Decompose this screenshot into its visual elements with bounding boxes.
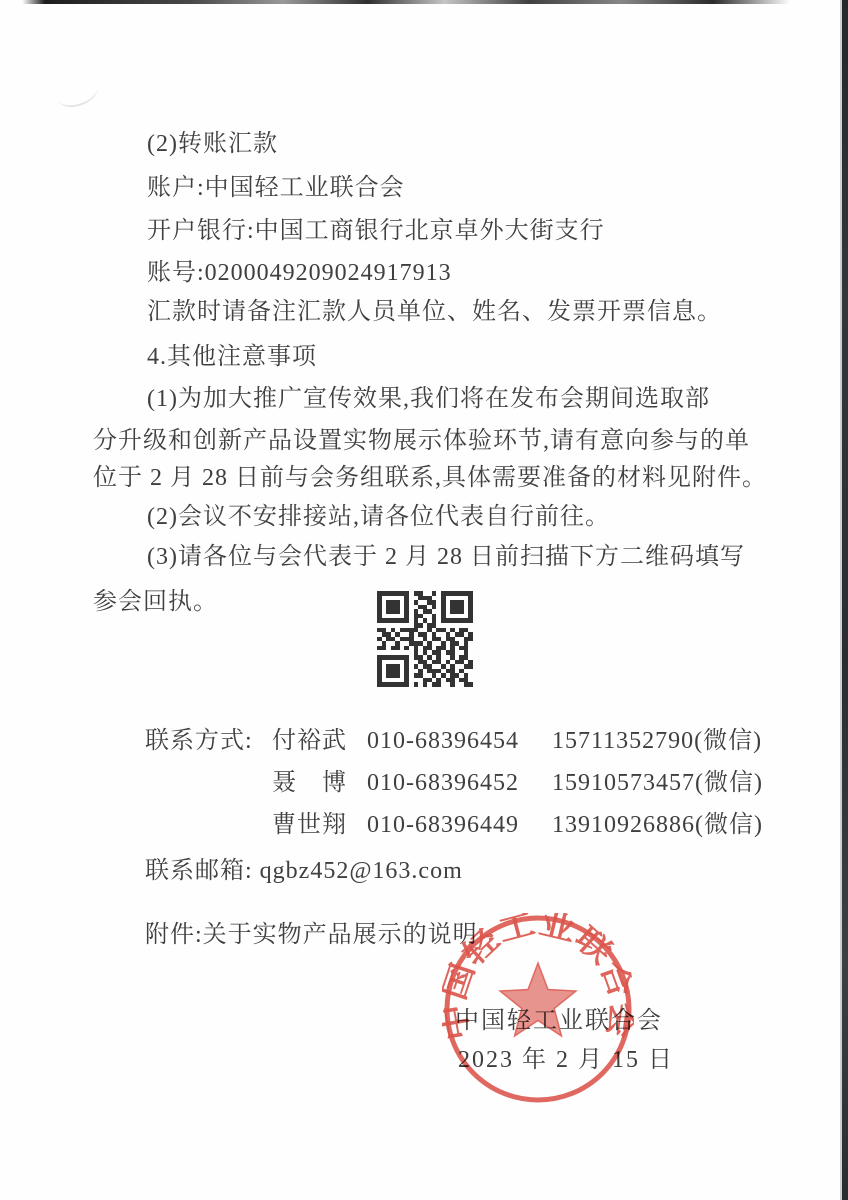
body-line-account-number: 账号:0200049209024917913: [93, 258, 848, 288]
body-line-transfer-heading: (2)转账汇款: [93, 129, 848, 159]
contact-list: 付裕武 010-68396454 15711352790(微信) 聂 博 010…: [272, 720, 763, 846]
body-line-note3-a: (3)请各位与会代表于 2 月 28 日前扫描下方二维码填写: [93, 542, 848, 572]
contact-phone: 010-68396452: [367, 770, 519, 796]
email-label: 联系邮箱:: [145, 858, 253, 884]
official-stamp-graphic: 中国轻工业联合会: [442, 913, 634, 1105]
qr-module: [468, 682, 473, 687]
body-line-remit-note: 汇款时请备注汇款人员单位、姓名、发票开票信息。: [93, 297, 848, 327]
contact-mobile: 15910573457(微信): [552, 770, 763, 796]
scan-artifact-top-edge: [22, 0, 790, 4]
body-line-account-holder: 账户:中国轻工业联合会: [93, 173, 848, 203]
scanned-document-page: (2)转账汇款 账户:中国轻工业联合会 开户银行:中国工商银行北京卓外大街支行 …: [0, 0, 848, 1200]
attachment-line: 附件:关于实物产品展示的说明: [145, 914, 478, 949]
body-line-bank: 开户银行:中国工商银行北京卓外大街支行: [93, 216, 848, 246]
contact-row: 曹世翔 010-68396449 13910926886(微信): [272, 804, 763, 846]
contact-name: 付裕武: [272, 720, 352, 755]
stamp-star-icon: [500, 963, 576, 1036]
email-address: qgbz452@163.com: [260, 858, 463, 884]
contact-phone: 010-68396454: [367, 728, 519, 754]
official-stamp: 中国轻工业联合会: [442, 913, 634, 1105]
contact-name: 聂 博: [272, 762, 352, 797]
body-line-note1-c: 位于 2 月 28 日前与会务组联系,具体需要准备的材料见附件。: [93, 463, 823, 493]
contact-email-line: 联系邮箱: qgbz452@163.com: [145, 850, 463, 885]
contact-phone: 010-68396449: [367, 812, 519, 838]
contact-mobile: 13910926886(微信): [552, 812, 763, 838]
qr-code: [377, 591, 473, 687]
body-line-note2: (2)会议不安排接站,请各位代表自行前往。: [93, 502, 848, 532]
body-line-notes-heading: 4.其他注意事项: [93, 342, 848, 372]
contact-mobile: 15711352790(微信): [552, 728, 762, 754]
body-line-note1-b: 分升级和创新产品设置实物展示体验环节,请有意向参与的单: [93, 426, 823, 456]
contact-row: 聂 博 010-68396452 15910573457(微信): [272, 762, 763, 804]
body-line-note1-a: (1)为加大推广宣传效果,我们将在发布会期间选取部: [93, 384, 848, 414]
contact-name: 曹世翔: [272, 804, 352, 839]
contact-row: 付裕武 010-68396454 15711352790(微信): [272, 720, 763, 762]
contact-label: 联系方式:: [145, 720, 253, 755]
scan-artifact-smudge: [56, 78, 100, 110]
